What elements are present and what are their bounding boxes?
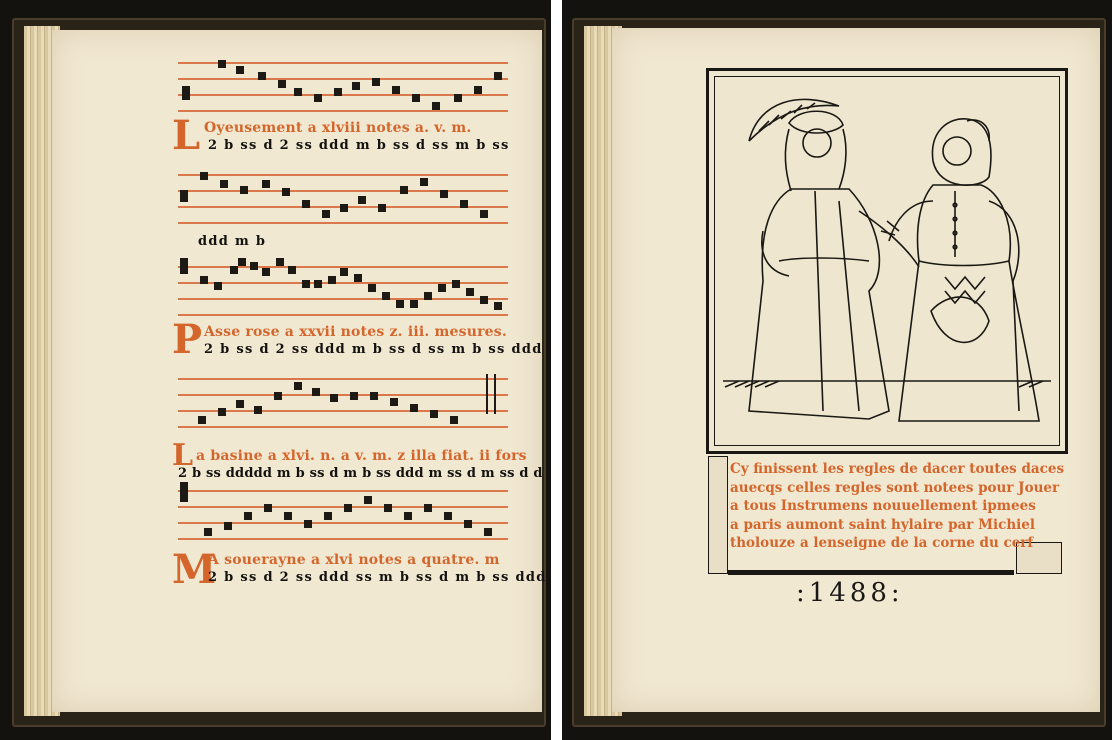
right-page-photo: Cy finissent les regles de dacer toutes … <box>562 0 1112 740</box>
colophon-line: auecqs celles regles sont notees pour Jo… <box>730 479 1064 498</box>
note-letters: 2 b ss d 2 ss ddd m b ss d ss m b ss ddd… <box>204 342 551 357</box>
incipit-title: a basine a xlvi. n. a v. m. z illa fiat.… <box>196 448 527 464</box>
colophon-line: tholouze a lenseigne de la corne du cerf <box>730 534 1064 553</box>
incipit-title: A souerayne a xlvi notes a quatre. m <box>208 552 500 568</box>
music-staff <box>178 254 508 314</box>
woodcut-illustration <box>706 68 1068 454</box>
right-page: Cy finissent les regles de dacer toutes … <box>612 28 1100 712</box>
left-page-photo: L Oyeusement a xlviii notes a. v. m. 2 b… <box>0 0 551 740</box>
incipit-title: Asse rose a xxvii notes z. iii. mesures. <box>204 324 507 340</box>
music-staff <box>178 58 508 108</box>
music-block: L Oyeusement a xlviii notes a. v. m. 2 b… <box>178 58 508 618</box>
rule-bar <box>728 570 1014 575</box>
note-letters: 2 b ss d 2 ss ddd ss m b ss d m b ss ddd <box>208 570 547 585</box>
left-page: L Oyeusement a xlviii notes a. v. m. 2 b… <box>52 30 542 712</box>
music-staff <box>178 370 508 440</box>
incipit-title: Oyeusement a xlviii notes a. v. m. <box>204 120 471 136</box>
colophon-line: Cy finissent les regles de dacer toutes … <box>730 460 1064 479</box>
note-letters: 2 b ss ddddd m b ss d m b ss ddd m ss d … <box>178 466 551 481</box>
music-staff <box>178 482 508 548</box>
printing-year: :1488: <box>796 578 904 608</box>
music-staff <box>178 170 508 226</box>
red-initial: P <box>172 320 202 360</box>
colophon-text: Cy finissent les regles de dacer toutes … <box>730 460 1064 553</box>
colophon-line: a paris aumont saint hylaire par Michiel <box>730 516 1064 535</box>
note-letters: 2 b ss d 2 ss ddd m b ss d ss m b ss <box>208 138 510 153</box>
colophon-line: a tous Instrumens nouuellement ipmees <box>730 497 1064 516</box>
couple-figures-illustration <box>719 81 1055 441</box>
red-initial: L <box>172 116 200 156</box>
note-letters-fragment: ddd m b <box>198 234 266 249</box>
decorative-side-border <box>708 456 728 574</box>
